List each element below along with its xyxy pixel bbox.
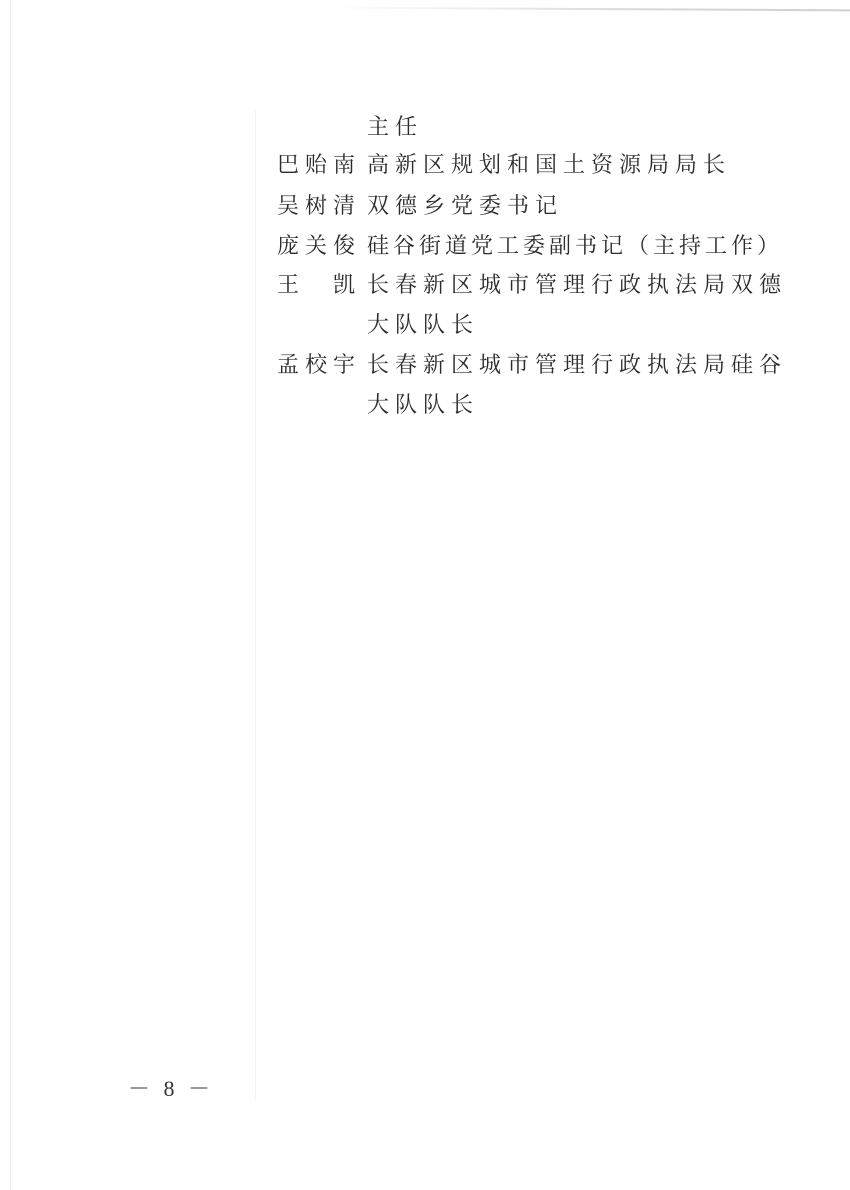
entry-name: 吴树清: [277, 187, 361, 227]
entry-title: 长春新区城市管理行政执法局硅谷: [367, 346, 787, 386]
entry-title: 双德乡党委书记: [367, 187, 563, 227]
entry-title: 硅谷街道党工委副书记（主持工作）: [367, 227, 783, 267]
page-edge: [10, 0, 11, 1190]
entry-title: 高新区规划和国土资源局局长: [367, 146, 731, 186]
page-number: － 8 －: [128, 1072, 214, 1103]
page-fold-line: [255, 110, 256, 1100]
entry-title: 长春新区城市管理行政执法局双德: [367, 266, 787, 306]
entry-name: 巴贻南: [277, 146, 361, 186]
entry-name: 孟校宇: [277, 346, 361, 386]
entry-title-continued: 主任: [367, 108, 423, 148]
entry-title-line2: 大队队长: [367, 306, 479, 346]
entry-name: 庞关俊: [277, 227, 361, 267]
entry-title-line2: 大队队长: [367, 386, 479, 426]
scan-artifact-line: [330, 7, 850, 12]
entry-name: 王 凯: [277, 266, 361, 306]
